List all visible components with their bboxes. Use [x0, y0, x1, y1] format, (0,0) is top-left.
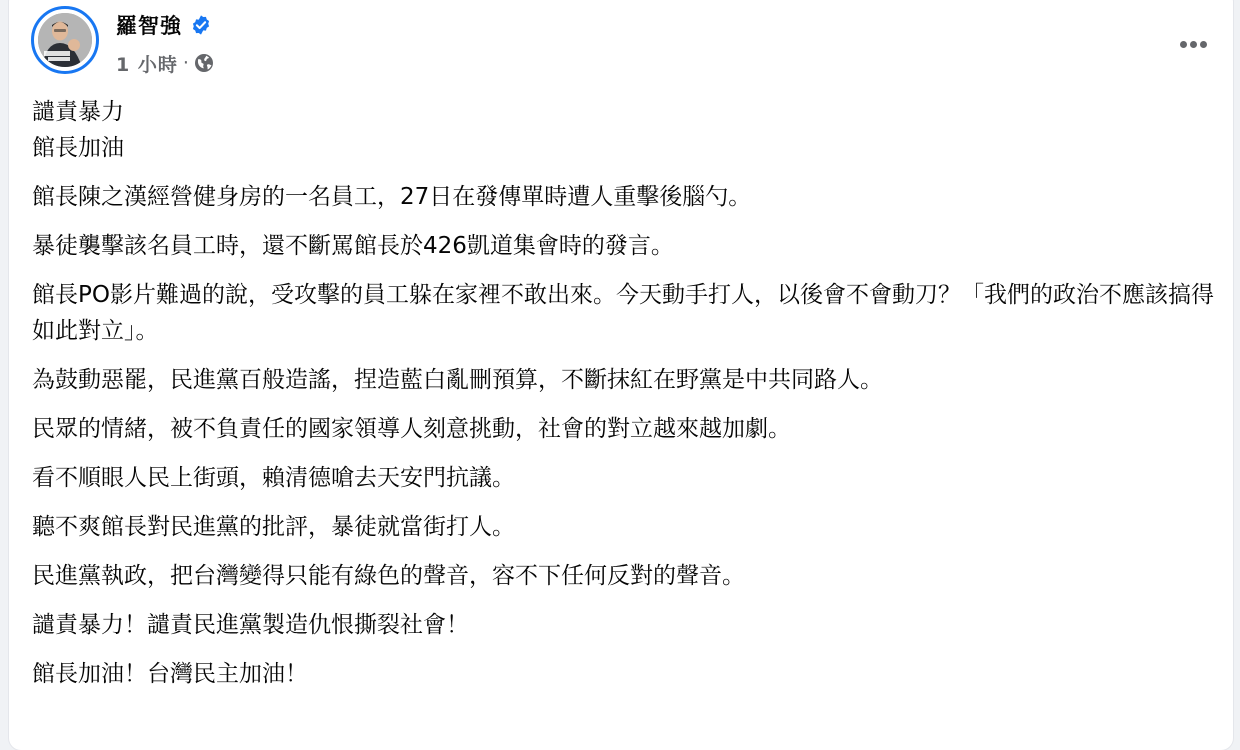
more-options-button[interactable]	[1173, 24, 1213, 64]
post-paragraph: 聽不爽館長對民進黨的批評，暴徒就當街打人。	[32, 509, 1217, 545]
post-timestamp[interactable]: 1 小時	[116, 50, 178, 77]
post-header: 羅智強 1 小時 ·	[9, 0, 1233, 90]
person-photo-icon	[38, 13, 92, 67]
author-name[interactable]: 羅智強	[116, 10, 182, 40]
post-line: 譴責暴力	[32, 94, 1217, 130]
post-paragraph: 民進黨執政，把台灣變得只能有綠色的聲音，容不下任何反對的聲音。	[32, 558, 1217, 594]
author-name-row: 羅智強	[116, 10, 212, 40]
author-avatar[interactable]	[31, 6, 99, 74]
post-meta: 1 小時 ·	[116, 50, 214, 76]
post-line: 館長加油	[32, 130, 1217, 166]
post-paragraph: 館長加油！台灣民主加油！	[32, 656, 1217, 692]
more-horizontal-icon	[1180, 41, 1207, 48]
post-paragraph: 為鼓動惡罷，民進黨百般造謠，捏造藍白亂刪預算，不斷抹紅在野黨是中共同路人。	[32, 362, 1217, 398]
post-paragraph: 暴徒襲擊該名員工時，還不斷罵館長於426凱道集會時的發言。	[32, 228, 1217, 264]
globe-icon[interactable]	[194, 53, 214, 73]
meta-separator: ·	[183, 52, 189, 74]
post-card: 羅智強 1 小時 ·	[9, 0, 1233, 726]
post-paragraph: 民眾的情緒，被不負責任的國家領導人刻意挑動，社會的對立越來越加劇。	[32, 411, 1217, 447]
verified-badge-icon	[190, 14, 212, 36]
post-paragraph: 看不順眼人民上街頭，賴清德嗆去天安門抗議。	[32, 460, 1217, 496]
profile-photo	[38, 13, 92, 67]
post-paragraph: 譴責暴力！譴責民進黨製造仇恨撕裂社會！	[32, 607, 1217, 643]
post-paragraph: 館長陳之漢經營健身房的一名員工，27日在發傳單時遭人重擊後腦勺。	[32, 179, 1217, 215]
post-paragraph: 譴責暴力 館長加油	[32, 94, 1217, 166]
post-paragraph: 館長PO影片難過的說，受攻擊的員工躲在家裡不敢出來。今天動手打人，以後會不會動刀…	[32, 277, 1217, 349]
post-message: 譴責暴力 館長加油 館長陳之漢經營健身房的一名員工，27日在發傳單時遭人重擊後腦…	[32, 94, 1217, 692]
